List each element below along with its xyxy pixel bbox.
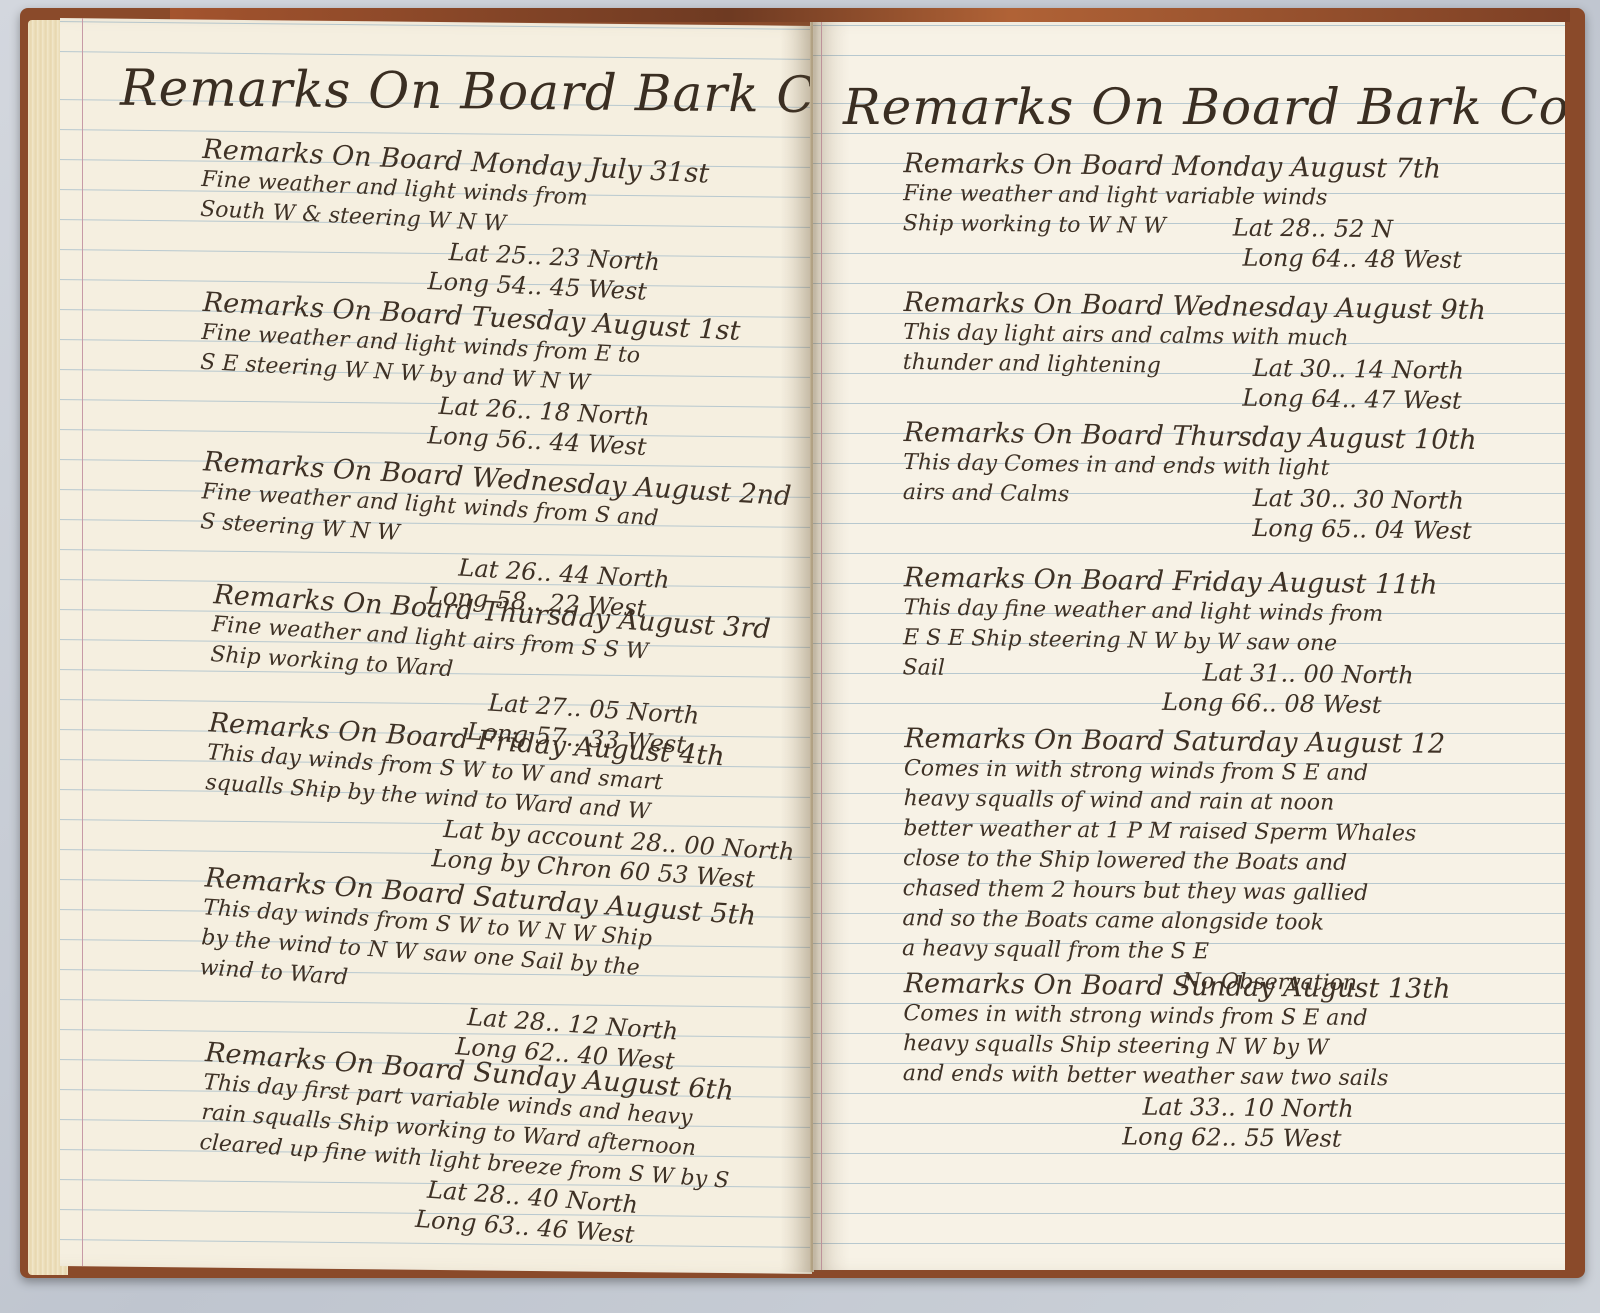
page-header: Remarks On Board Bark Cotolpa [120, 59, 812, 126]
log-entry: Remarks On Board Friday August 11th This… [902, 563, 1438, 720]
log-entry: Remarks On Board Wednesday August 9th Th… [902, 288, 1486, 416]
left-page: Remarks On Board Bark Cotolpa Remarks On… [60, 18, 812, 1274]
longitude: Long 66.. 08 West [902, 683, 1436, 720]
margin-rule [82, 18, 83, 1266]
right-page: Remarks On Board Bark Cotolpa 1876 Remar… [813, 22, 1565, 1270]
longitude: Long 62.. 55 West [902, 1119, 1449, 1155]
entry-line: a heavy squall from the S E [902, 934, 1443, 970]
log-entry: Remarks On Board Monday July 31st Fine w… [197, 135, 709, 310]
margin-rule [821, 22, 822, 1270]
longitude: Long 64.. 48 West [902, 239, 1462, 275]
page-header: Remarks On Board Bark Cotolpa 1876 [843, 78, 1565, 136]
cover-spine-edge [170, 8, 1570, 22]
log-entry: Remarks On Board Tuesday August 1st Fine… [197, 288, 741, 467]
log-entry: Remarks On Board Monday August 7th Fine … [902, 149, 1463, 275]
logbook: Remarks On Board Bark Cotolpa Remarks On… [20, 8, 1585, 1283]
log-entry: Remarks On Board Sunday August 6th This … [195, 1038, 736, 1256]
log-entry: Remarks On Board Thursday August 10th Th… [902, 418, 1477, 546]
entry-line: and ends with better weather saw two sai… [903, 1059, 1450, 1095]
log-entry: Remarks On Board Saturday August 12 Come… [902, 724, 1446, 1000]
log-entry: Remarks On Board Sunday August 13th Come… [902, 969, 1451, 1155]
